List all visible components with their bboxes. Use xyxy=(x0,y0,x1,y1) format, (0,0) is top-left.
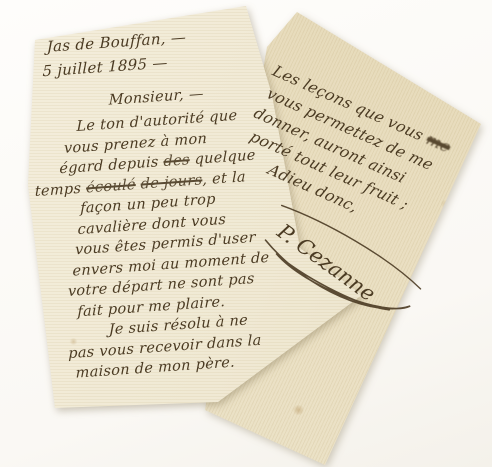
paper-stain xyxy=(292,405,305,415)
photo-of-letters: Jas de Bouffan, —5 juillet 1895 — Monsie… xyxy=(0,0,492,467)
page1-header: Jas de Bouffan, —5 juillet 1895 — xyxy=(30,19,283,84)
